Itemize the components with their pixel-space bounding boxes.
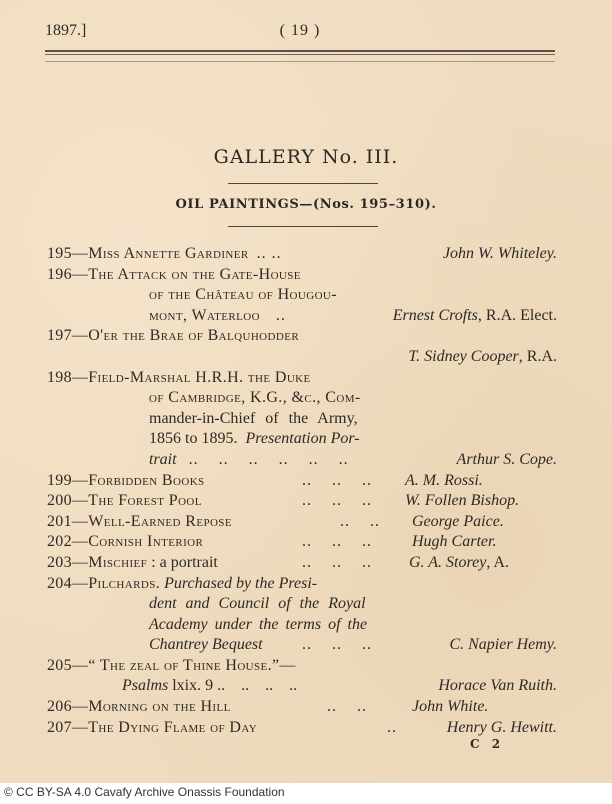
leader-dots: .. .. .. xyxy=(302,491,372,512)
entry-number: 207— xyxy=(47,719,88,736)
entry-text: lxix. 9 .. .. .. .. xyxy=(168,677,297,694)
catalogue-entry-195: 195—Miss Annette Gardiner.. .. John W. W… xyxy=(47,244,557,265)
title-rule xyxy=(228,183,378,184)
entry-artist: G. A. Storey xyxy=(409,554,486,571)
entry-continuation: Chantrey Bequest .. .. .. C. Napier Hemy… xyxy=(47,635,557,656)
entry-continuation: of Cambridge, K.G., &c., Com- xyxy=(47,388,557,409)
leader-dots: .. .. .. xyxy=(302,635,372,656)
entry-number: 206— xyxy=(47,698,88,715)
entry-number: 195— xyxy=(47,245,88,262)
catalogue-entry-199: 199—Forbidden Books .. .. .. A. M. Rossi… xyxy=(47,471,557,492)
entry-note: Chantrey Bequest xyxy=(149,636,263,653)
entry-title: Forbidden Books xyxy=(88,472,204,489)
entry-continuation: mont, Waterloo .. Ernest Crofts, R.A. El… xyxy=(47,306,557,327)
entry-continuation: of the Château of Hougou- xyxy=(47,285,557,306)
copyright-credit: © CC BY-SA 4.0 Cavafy Archive Onassis Fo… xyxy=(4,785,285,799)
catalogue-entry-203: 203—Mischief : a portrait .. .. .. G. A.… xyxy=(47,553,557,574)
entry-title: of the Château of Hougou- xyxy=(149,286,337,303)
entry-title: “ The zeal of Thine House.”— xyxy=(88,657,296,674)
artist-suffix: , A. xyxy=(486,554,509,571)
entry-title: of Cambridge, K.G., &c., Com- xyxy=(149,389,361,406)
entry-text: mander-in-Chief of the Army, xyxy=(149,410,358,427)
entry-number: 201— xyxy=(47,513,88,530)
entry-artist: W. Follen Bishop. xyxy=(405,491,519,512)
entry-continuation: dent and Council of the Royal xyxy=(47,594,557,615)
entry-artist: Hugh Carter. xyxy=(412,532,496,553)
artist-suffix: , R.A. Elect. xyxy=(478,307,557,324)
catalogue-entry-197: 197—O'er the Brae of Balquhodder xyxy=(47,326,557,347)
entry-title: The Forest Pool xyxy=(88,492,202,509)
section-subtitle: OIL PAINTINGS—(Nos. 195–310). xyxy=(0,197,612,212)
entry-number: 197— xyxy=(47,327,88,344)
catalogue-entries: 195—Miss Annette Gardiner.. .. John W. W… xyxy=(47,244,557,738)
catalogue-entry-207: 207—The Dying Flame of Day .. Henry G. H… xyxy=(47,718,557,739)
entry-number: 205— xyxy=(47,657,88,674)
leader-dots: .. .. xyxy=(327,697,367,718)
entry-title: Miss Annette Gardiner xyxy=(88,245,248,262)
entry-title: O'er the Brae of Balquhodder xyxy=(88,327,299,344)
page-number: ( 19 ) xyxy=(45,22,555,40)
entry-number: 198— xyxy=(47,369,88,386)
gallery-title: GALLERY No. III. xyxy=(0,146,612,168)
catalogue-entry-204: 204—Pilchards. Purchased by the Presi- xyxy=(47,574,557,595)
leader-dots: .. .. .. xyxy=(302,532,372,553)
catalogue-entry-200: 200—The Forest Pool .. .. .. W. Follen B… xyxy=(47,491,557,512)
entry-artist: A. M. Rossi. xyxy=(405,471,483,492)
entry-artist: C. Napier Hemy. xyxy=(449,635,557,656)
catalogue-entry-196: 196—The Attack on the Gate-House xyxy=(47,265,557,286)
catalogue-entry-206: 206—Morning on the Hill .. .. John White… xyxy=(47,697,557,718)
entry-artist: Henry G. Hewitt. xyxy=(447,718,557,739)
entry-continuation: Academy under the terms of the xyxy=(47,615,557,636)
leader-dots: .. xyxy=(276,307,286,324)
header-rule-thick xyxy=(45,50,555,52)
leader-dots: .. .. xyxy=(340,512,380,533)
artist-suffix: , R.A. xyxy=(519,348,557,365)
entry-continuation: 1856 to 1895. Presentation Por- xyxy=(47,429,557,450)
entry-artist: John W. Whiteley. xyxy=(443,244,557,265)
signature-mark: C 2 xyxy=(470,737,504,751)
entry-title: mont, Waterloo xyxy=(149,307,260,324)
entry-text: 1856 to 1895. xyxy=(149,430,237,447)
entry-artist: Ernest Crofts xyxy=(393,307,478,324)
entry-note: Psalms xyxy=(122,677,168,694)
subtitle-rule xyxy=(228,226,378,227)
entry-artist: T. Sidney Cooper xyxy=(408,348,518,365)
entry-title: Morning on the Hill xyxy=(88,698,231,715)
running-head: 1897.] ( 19 ) xyxy=(45,18,555,42)
catalogue-entry-205: 205—“ The zeal of Thine House.”— xyxy=(47,656,557,677)
entry-title: Mischief xyxy=(88,554,147,571)
leader-dots: .. .. .. xyxy=(302,553,372,574)
entry-number: 204— xyxy=(47,575,88,592)
entry-artist: John White. xyxy=(412,697,488,718)
entry-note: Presentation Por- xyxy=(245,430,359,447)
entry-title: Pilchards. xyxy=(88,575,160,592)
leader-dots: .. .. xyxy=(257,245,282,262)
leader-dots: .. .. .. xyxy=(302,471,372,492)
entry-number: 200— xyxy=(47,492,88,509)
entry-artist: Arthur S. Cope. xyxy=(457,450,557,471)
entry-note: Purchased by the Presi- xyxy=(160,575,317,592)
entry-artist: George Paice. xyxy=(412,512,504,533)
leader-dots: .. .. .. .. .. .. xyxy=(189,451,349,468)
catalogue-entry-202: 202—Cornish Interior .. .. .. Hugh Carte… xyxy=(47,532,557,553)
entry-text: : a portrait xyxy=(147,554,218,571)
header-rule-thin xyxy=(45,54,555,55)
entry-continuation: Psalms lxix. 9 .. .. .. .. Horace Van Ru… xyxy=(47,676,557,697)
catalogue-entry-201: 201—Well-Earned Repose .. .. George Paic… xyxy=(47,512,557,533)
entry-note: dent and Council of the Royal xyxy=(149,595,366,612)
entry-continuation: T. Sidney Cooper, R.A. xyxy=(47,347,557,368)
entry-artist: Horace Van Ruith. xyxy=(438,676,557,697)
leader-dots: .. xyxy=(387,718,397,739)
entry-continuation: trait .. .. .. .. .. .. Arthur S. Cope. xyxy=(47,450,557,471)
entry-title: Field-Marshal H.R.H. the Duke xyxy=(88,369,310,386)
entry-number: 202— xyxy=(47,533,88,550)
entry-number: 199— xyxy=(47,472,88,489)
entry-title: The Dying Flame of Day xyxy=(88,719,257,736)
header-rule-faint xyxy=(45,61,555,62)
entry-title: Cornish Interior xyxy=(88,533,203,550)
entry-title: Well-Earned Repose xyxy=(88,513,232,530)
scanned-page: 1897.] ( 19 ) GALLERY No. III. OIL PAINT… xyxy=(0,0,612,783)
catalogue-entry-198: 198—Field-Marshal H.R.H. the Duke xyxy=(47,368,557,389)
entry-note: trait xyxy=(149,451,177,468)
entry-number: 203— xyxy=(47,554,88,571)
entry-note: Academy under the terms of the xyxy=(149,616,367,633)
entry-title: The Attack on the Gate-House xyxy=(88,266,301,283)
entry-continuation: mander-in-Chief of the Army, xyxy=(47,409,557,430)
entry-number: 196— xyxy=(47,266,88,283)
